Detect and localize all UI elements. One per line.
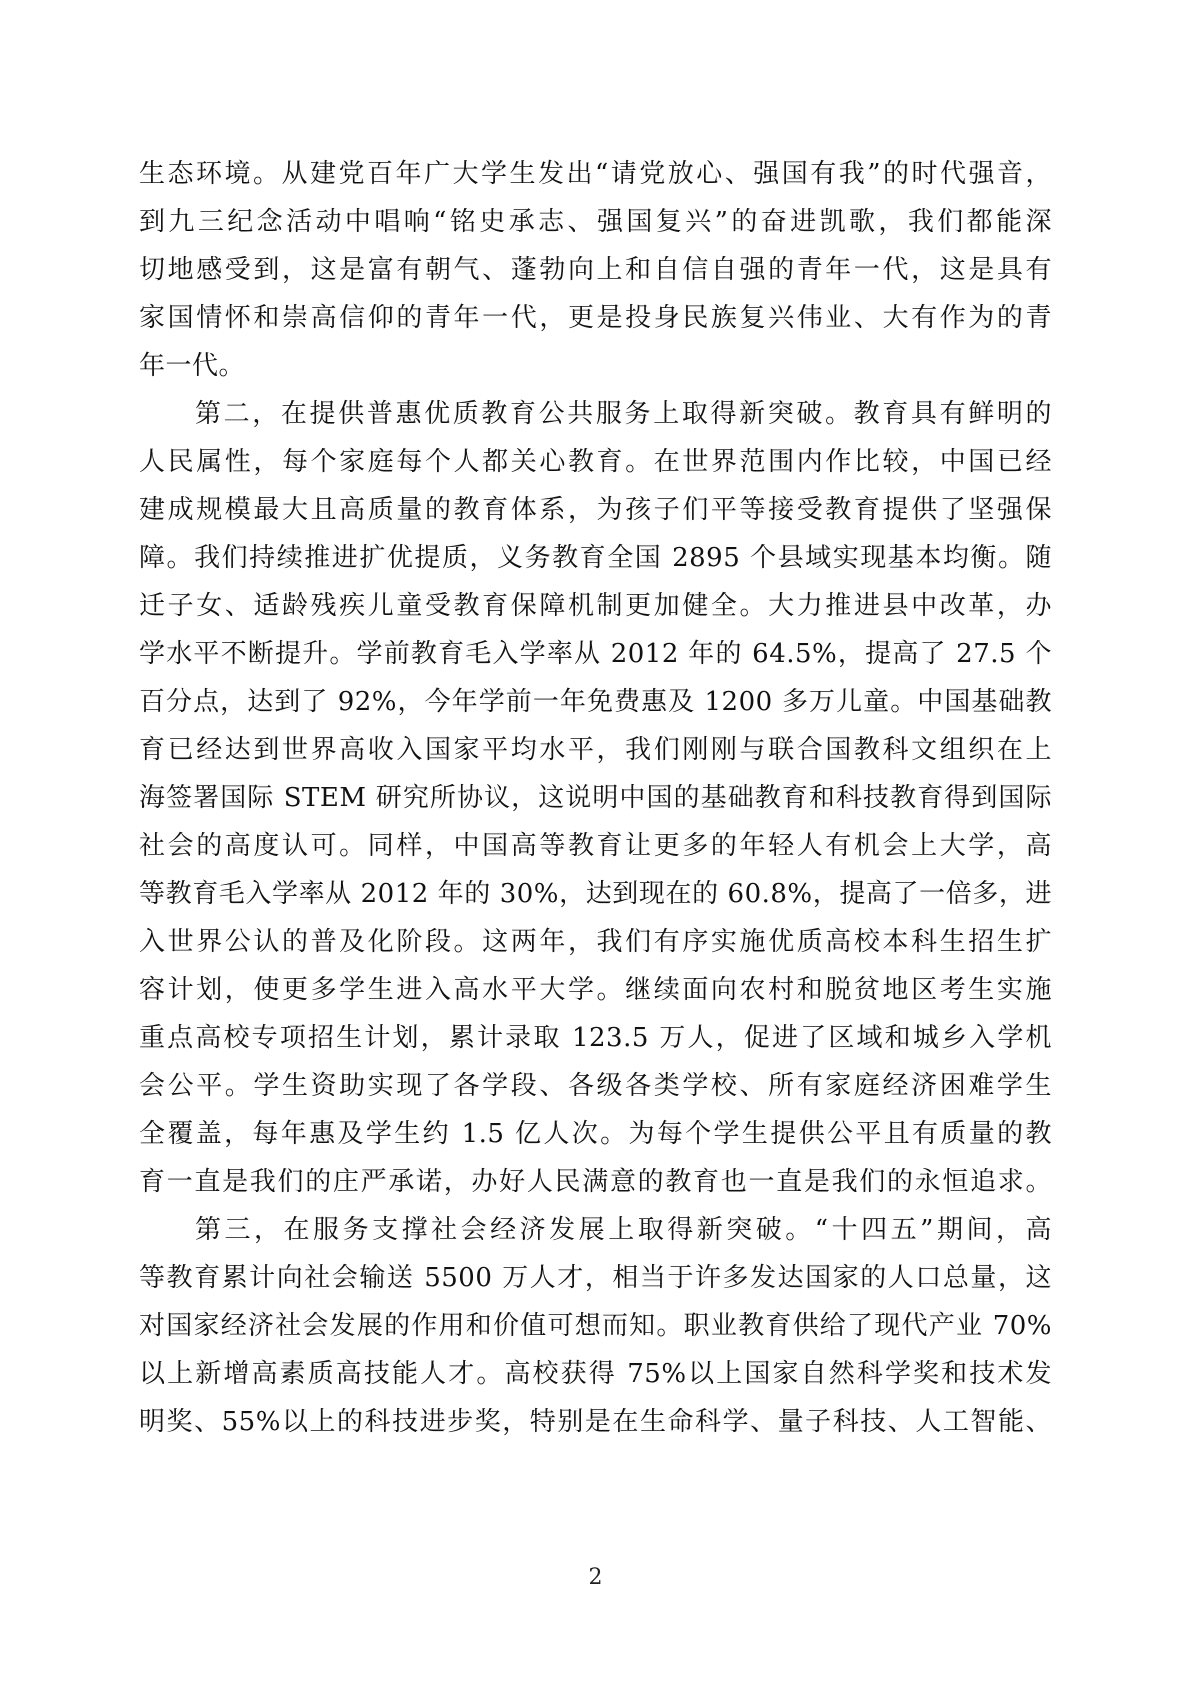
page-number: 2	[589, 1565, 603, 1590]
text-line: 建成规模最大且高质量的教育体系，为孩子们平等接受教育提供了坚强保	[139, 486, 1052, 534]
text-line: 第三，在服务支撑社会经济发展上取得新突破。“十四五”期间，高	[139, 1206, 1052, 1254]
text-line: 障。我们持续推进扩优提质，义务教育全国 2895 个县域实现基本均衡。随	[139, 534, 1052, 582]
text-line: 等教育累计向社会输送 5500 万人才，相当于许多发达国家的人口总量，这	[139, 1254, 1052, 1302]
page-footer: 2	[0, 1558, 1191, 1599]
text-line: 生态环境。从建党百年广大学生发出“请党放心、强国有我”的时代强音，	[139, 150, 1052, 198]
text-line: 对国家经济社会发展的作用和价值可想而知。职业教育供给了现代产业 70%	[139, 1302, 1052, 1350]
text-line: 到九三纪念活动中唱响“铭史承志、强国复兴”的奋进凯歌，我们都能深	[139, 198, 1052, 246]
text-line: 会公平。学生资助实现了各学段、各级各类学校、所有家庭经济困难学生	[139, 1062, 1052, 1110]
text-line: 育一直是我们的庄严承诺，办好人民满意的教育也一直是我们的永恒追求。	[139, 1158, 1052, 1206]
text-line: 学水平不断提升。学前教育毛入学率从 2012 年的 64.5%，提高了 27.5…	[139, 630, 1052, 678]
text-line: 年一代。	[139, 342, 1052, 390]
text-line: 切地感受到，这是富有朝气、蓬勃向上和自信自强的青年一代，这是具有	[139, 246, 1052, 294]
text-line: 海签署国际 STEM 研究所协议，这说明中国的基础教育和科技教育得到国际	[139, 774, 1052, 822]
text-line: 等教育毛入学率从 2012 年的 30%，达到现在的 60.8%，提高了一倍多，…	[139, 870, 1052, 918]
text-line: 育已经达到世界高收入国家平均水平，我们刚刚与联合国教科文组织在上	[139, 726, 1052, 774]
text-line: 第二，在提供普惠优质教育公共服务上取得新突破。教育具有鲜明的	[139, 390, 1052, 438]
text-line: 百分点，达到了 92%，今年学前一年免费惠及 1200 多万儿童。中国基础教	[139, 678, 1052, 726]
text-line: 容计划，使更多学生进入高水平大学。继续面向农村和脱贫地区考生实施	[139, 966, 1052, 1014]
text-line: 社会的高度认可。同样，中国高等教育让更多的年轻人有机会上大学，高	[139, 822, 1052, 870]
text-line: 迁子女、适龄残疾儿童受教育保障机制更加健全。大力推进县中改革，办	[139, 582, 1052, 630]
text-line: 家国情怀和崇高信仰的青年一代，更是投身民族复兴伟业、大有作为的青	[139, 294, 1052, 342]
document-body: 生态环境。从建党百年广大学生发出“请党放心、强国有我”的时代强音，到九三纪念活动…	[139, 150, 1052, 1446]
text-line: 全覆盖，每年惠及学生约 1.5 亿人次。为每个学生提供公平且有质量的教	[139, 1110, 1052, 1158]
text-line: 入世界公认的普及化阶段。这两年，我们有序实施优质高校本科生招生扩	[139, 918, 1052, 966]
document-page: 生态环境。从建党百年广大学生发出“请党放心、强国有我”的时代强音，到九三纪念活动…	[0, 0, 1191, 1684]
text-line: 以上新增高素质高技能人才。高校获得 75%以上国家自然科学奖和技术发	[139, 1350, 1052, 1398]
text-line: 重点高校专项招生计划，累计录取 123.5 万人，促进了区域和城乡入学机	[139, 1014, 1052, 1062]
text-line: 人民属性，每个家庭每个人都关心教育。在世界范围内作比较，中国已经	[139, 438, 1052, 486]
text-line: 明奖、55%以上的科技进步奖，特别是在生命科学、量子科技、人工智能、	[139, 1398, 1052, 1446]
